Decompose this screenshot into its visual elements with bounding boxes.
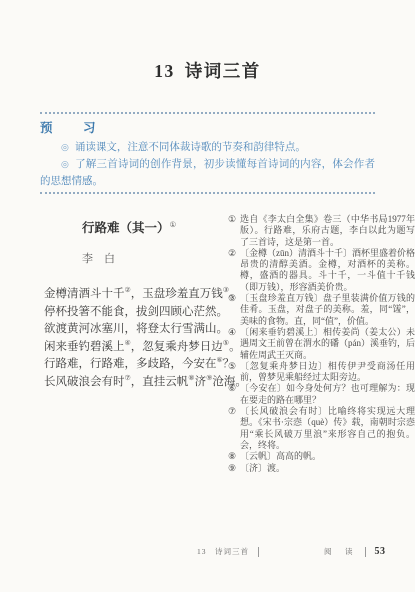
- preview-item-text: 了解三首诗词的创作背景，初步读懂每首诗词的内容，体会作者的思想情感。: [40, 159, 375, 187]
- poem-line: 长风破浪会有时⑦，直挂云帆⑧济⑨沧海。: [44, 374, 222, 392]
- poem-text-segment: 济: [195, 376, 207, 388]
- preview-section: 预 习 ◎诵读课文，注意不同体裁诗歌的节奏和韵律特点。 ◎了解三首诗词的创作背景…: [40, 118, 375, 190]
- annotation-text: 〔闲来垂钓碧溪上〕相传姜尚（姜太公）未遇周文王前曾在渭水的磻（pán）溪垂钓，后…: [240, 327, 415, 361]
- annotation-number: ①: [228, 214, 240, 248]
- poem-text-segment: 欲渡黄河冰塞川，将登太行雪满山。: [44, 323, 228, 335]
- poem-text-segment: 停杯投箸不能食，拔剑四顾心茫然。: [44, 306, 228, 318]
- poem-body: 金樽清酒斗十千②，玉盘珍羞直万钱③。 停杯投箸不能食，拔剑四顾心茫然。 欲渡黄河…: [44, 286, 222, 392]
- annotation-number: ②: [228, 248, 240, 293]
- annotation-item: ⑨〔济〕渡。: [228, 463, 415, 474]
- annotation-number: ④: [228, 327, 240, 361]
- annotation-number: ⑦: [228, 406, 240, 451]
- poem-line: 停杯投箸不能食，拔剑四顾心茫然。: [44, 304, 222, 322]
- annotation-text: 〔金樽（zūn）清酒斗十千〕酒杯里盛着价格昂贵的清醇美酒。金樽，对酒杯的美称。樽…: [240, 248, 415, 293]
- footer-section-label: 阅 读: [324, 546, 356, 557]
- dotted-divider-bottom: [40, 192, 375, 194]
- annotation-number: ⑤: [228, 361, 240, 384]
- poem-author: 李 白: [82, 250, 222, 266]
- poem-text-segment: ，玉盘珍羞直万钱: [131, 288, 223, 300]
- annotation-item: ②〔金樽（zūn）清酒斗十千〕酒杯里盛着价格昂贵的清醇美酒。金樽，对酒杯的美称。…: [228, 248, 415, 293]
- dotted-divider-top: [40, 112, 375, 114]
- annotation-text: 〔今安在〕如今身处何方？也可理解为：现在要走的路在哪里？: [240, 383, 415, 406]
- annotation-item: ⑦〔长风破浪会有时〕比喻终将实现远大理想。《宋书·宗悫（què）传》载，南朝时宗…: [228, 406, 415, 451]
- annotation-text: 〔玉盘珍羞直万钱〕盘子里装满价值万钱的佳肴。玉盘，对盘子的美称。羞，同“馐”，美…: [240, 293, 415, 327]
- poem-line: 行路难，行路难，多歧路，今安在⑥？: [44, 356, 222, 374]
- preview-item: ◎诵读课文，注意不同体裁诗歌的节奏和韵律特点。: [40, 139, 375, 156]
- annotation-item: ①选自《李太白全集》卷三（中华书局1977年版）。行路难，乐府古题，李白以此为题…: [228, 214, 415, 248]
- annotation-item: ④〔闲来垂钓碧溪上〕相传姜尚（姜太公）未遇周文王前曾在渭水的磻（pán）溪垂钓，…: [228, 327, 415, 361]
- footer-page-group: 阅 读 53: [324, 546, 386, 557]
- circle-bullet-icon: ◎: [61, 142, 69, 152]
- poem-text-segment: ，直挂云帆: [131, 376, 189, 388]
- chapter-title-text: 诗词三首: [185, 61, 261, 81]
- poem-line: 金樽清酒斗十千②，玉盘珍羞直万钱③。: [44, 286, 222, 304]
- annotation-number: ③: [228, 293, 240, 327]
- footer-divider: [365, 547, 366, 557]
- footer-chapter-group: 13 诗词三首: [197, 546, 268, 557]
- poem-text-segment: 长风破浪会有时: [44, 376, 125, 388]
- poem-text-segment: 闲来垂钓碧溪上: [44, 341, 125, 353]
- poem-column: 行路难（其一）① 李 白 金樽清酒斗十千②，玉盘珍羞直万钱③。 停杯投箸不能食，…: [44, 218, 222, 392]
- poem-text-segment: 金樽清酒斗十千: [44, 288, 125, 300]
- footer-page-number: 53: [375, 546, 386, 557]
- preview-item-text: 诵读课文，注意不同体裁诗歌的节奏和韵律特点。: [75, 142, 306, 153]
- note-ref: ①: [170, 220, 177, 229]
- annotation-number: ⑥: [228, 383, 240, 406]
- annotation-number: ⑧: [228, 451, 240, 462]
- footer-divider: [258, 547, 259, 557]
- poem-text-segment: ，忽复乘舟梦日边: [131, 341, 223, 353]
- poem-line: 闲来垂钓碧溪上④，忽复乘舟梦日边⑤。: [44, 339, 222, 357]
- preview-header: 预 习: [40, 118, 375, 136]
- poem-title: 行路难（其一）①: [82, 218, 222, 236]
- chapter-title: 13诗词三首: [0, 58, 415, 83]
- circle-bullet-icon: ◎: [61, 159, 69, 169]
- annotation-text: 选自《李太白全集》卷三（中华书局1977年版）。行路难，乐府古题，李白以此为题写…: [240, 214, 415, 248]
- annotation-text: 〔长风破浪会有时〕比喻终将实现远大理想。《宋书·宗悫（què）传》载，南朝时宗悫…: [240, 406, 415, 451]
- annotation-text: 〔济〕渡。: [240, 463, 415, 474]
- poem-text-segment: 行路难，行路难，多歧路，今安在: [44, 358, 217, 370]
- annotation-item: ③〔玉盘珍羞直万钱〕盘子里装满价值万钱的佳肴。玉盘，对盘子的美称。羞，同“馐”，…: [228, 293, 415, 327]
- preview-item: ◎了解三首诗词的创作背景，初步读懂每首诗词的内容，体会作者的思想情感。: [40, 156, 375, 190]
- textbook-page: 13诗词三首 预 习 ◎诵读课文，注意不同体裁诗歌的节奏和韵律特点。 ◎了解三首…: [0, 0, 415, 592]
- annotation-text: 〔忽复乘舟梦日边〕相传伊尹受商汤任用前，曾梦见乘船经过太阳旁边。: [240, 361, 415, 384]
- poem-title-text: 行路难（其一）: [82, 221, 170, 235]
- annotations-column: ①选自《李太白全集》卷三（中华书局1977年版）。行路难，乐府古题，李白以此为题…: [228, 214, 415, 474]
- poem-line: 欲渡黄河冰塞川，将登太行雪满山。: [44, 321, 222, 339]
- annotation-item: ⑧〔云帆〕高高的帆。: [228, 451, 415, 462]
- annotation-number: ⑨: [228, 463, 240, 474]
- annotation-item: ⑥〔今安在〕如今身处何方？也可理解为：现在要走的路在哪里？: [228, 383, 415, 406]
- annotation-text: 〔云帆〕高高的帆。: [240, 451, 415, 462]
- annotation-item: ⑤〔忽复乘舟梦日边〕相传伊尹受商汤任用前，曾梦见乘船经过太阳旁边。: [228, 361, 415, 384]
- chapter-number: 13: [154, 61, 175, 81]
- footer-chapter-label: 13 诗词三首: [197, 546, 249, 557]
